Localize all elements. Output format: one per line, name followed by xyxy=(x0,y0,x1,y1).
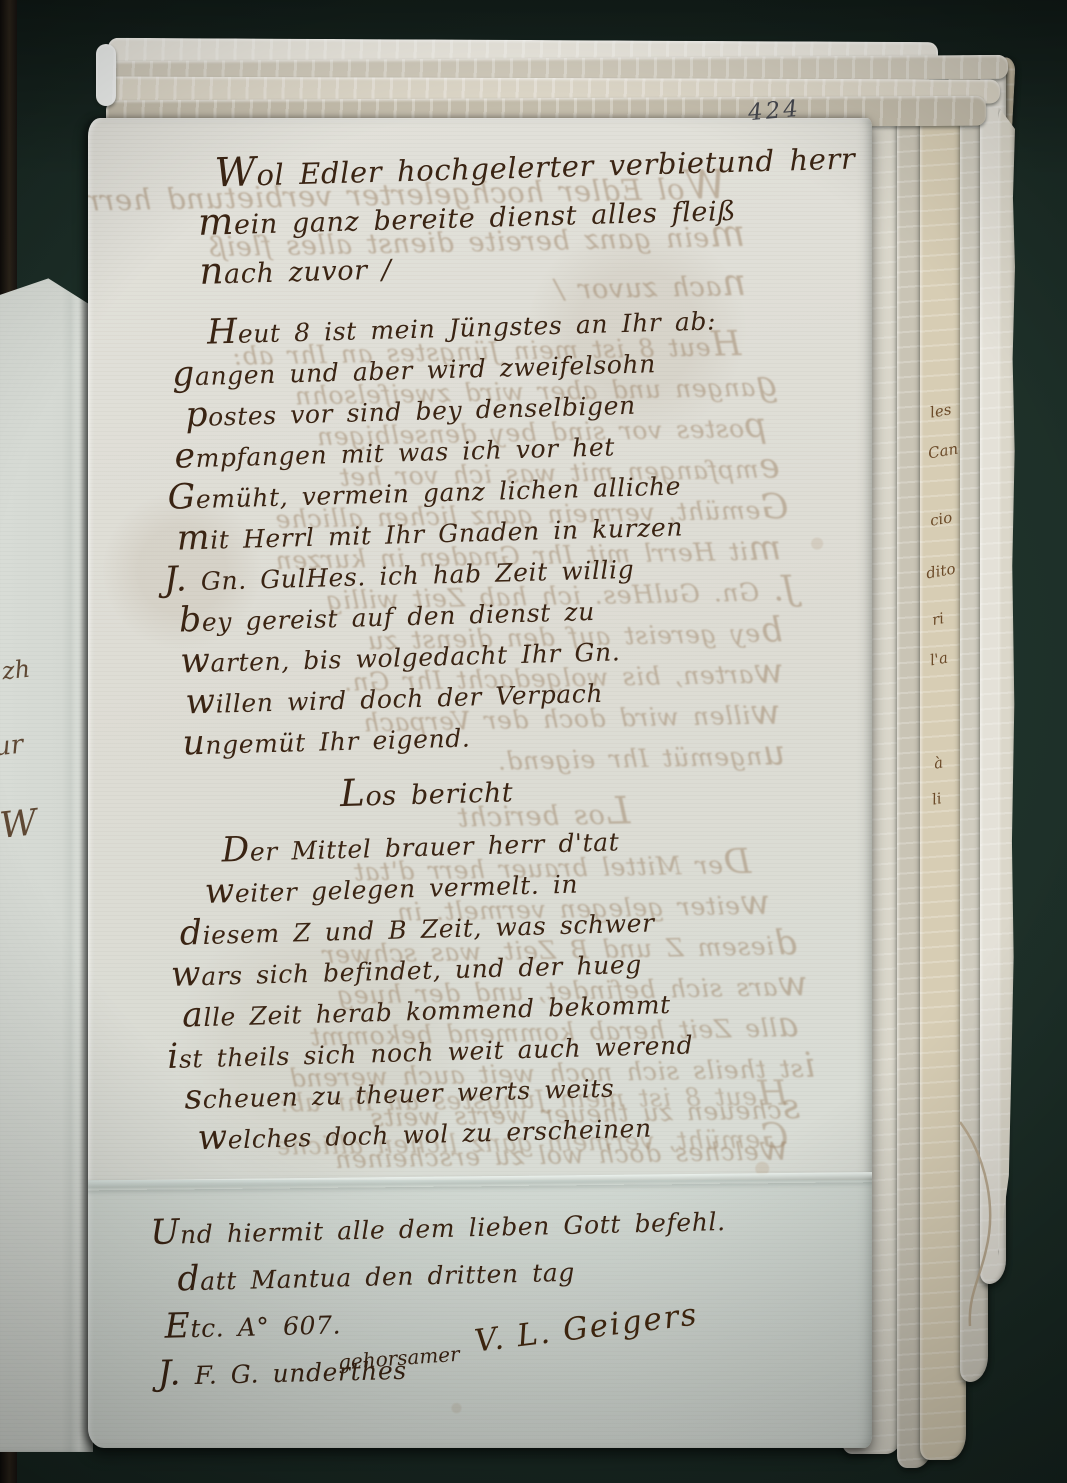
body-block: Heut 8 ist mein Jüngstes an Ihr ab: gang… xyxy=(171,297,816,765)
page-edge-corner xyxy=(96,44,116,106)
edge-text-fragment: les xyxy=(929,400,953,421)
edge-text-fragment: Can xyxy=(927,440,960,463)
edge-text-fragment: li xyxy=(931,789,944,808)
edge-text-fragment: ri xyxy=(931,609,946,629)
left-underpage: zh ur W xyxy=(0,276,93,1452)
edge-text-fragment: dito xyxy=(925,560,957,583)
edge-text-fragment: l'a xyxy=(929,649,950,670)
handwriting-column: Wol Edler hochgelerter verbietund herr m… xyxy=(144,135,827,1161)
folio-page-number: 424 xyxy=(747,96,802,127)
section-heading: Los bericht xyxy=(339,758,817,820)
edge-text-fragment: cio xyxy=(929,508,954,530)
archive-photo-background: zh ur W les Can cio dito ri l'a à li xyxy=(0,0,1067,1483)
report-block: Der Mittel brauer herr d'tat weiter gele… xyxy=(177,815,827,1161)
manuscript-page: Wol Edler hochgelerter verbietund herr m… xyxy=(88,118,872,1448)
edge-text-fragment: à xyxy=(933,753,945,772)
binding-thread xyxy=(930,1120,1020,1330)
greeting-block: Wol Edler hochgelerter verbietund herr m… xyxy=(196,135,803,298)
closing-block: Und hiermit alle dem lieben Gott befehl.… xyxy=(150,1197,730,1399)
page-edge-strip-torn xyxy=(998,106,1015,1256)
left-ink-fragment: ur xyxy=(0,730,25,763)
left-ink-fragment: zh xyxy=(1,655,32,686)
left-ink-fragment: W xyxy=(0,802,39,847)
